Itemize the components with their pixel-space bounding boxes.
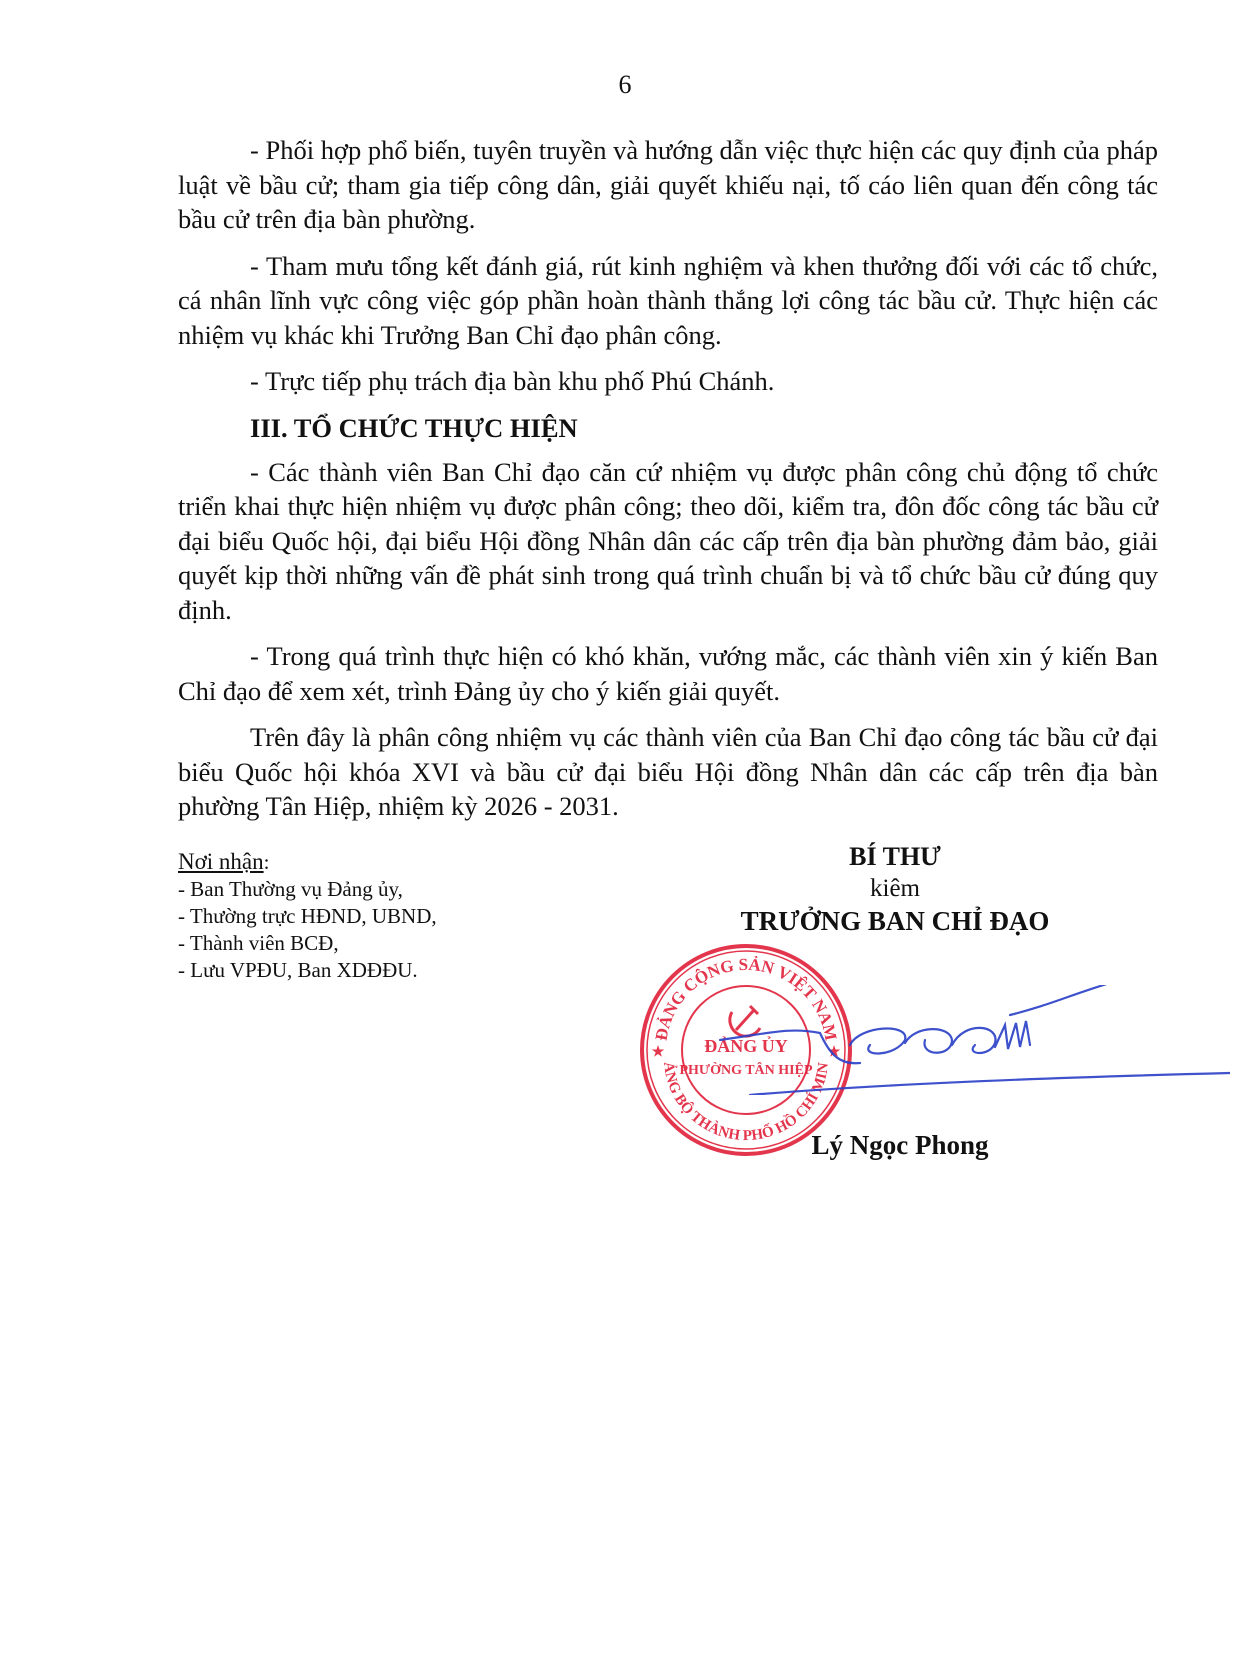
paragraph: - Phối hợp phổ biến, tuyên truyền và hướ… [178, 133, 1158, 237]
signer-title: BÍ THƯ [650, 840, 1140, 874]
document-body: - Phối hợp phổ biến, tuyên truyền và hướ… [178, 133, 1158, 836]
signer-role: kiêm [650, 874, 1140, 904]
svg-text:★: ★ [652, 1044, 665, 1060]
page-number: 6 [0, 70, 1250, 100]
recipient-item: - Thành viên BCĐ, [178, 930, 437, 957]
signer-name: Lý Ngọc Phong [700, 1130, 1100, 1161]
paragraph: - Trực tiếp phụ trách địa bàn khu phố Ph… [178, 364, 1158, 399]
paragraph: - Trong quá trình thực hiện có khó khăn,… [178, 639, 1158, 708]
paragraph: - Tham mưu tổng kết đánh giá, rút kinh n… [178, 249, 1158, 353]
recipient-item: - Ban Thường vụ Đảng ủy, [178, 876, 437, 903]
recipients-title: Nơi nhận [178, 849, 264, 874]
paragraph: Trên đây là phân công nhiệm vụ các thành… [178, 720, 1158, 824]
section-heading: III. TỔ CHỨC THỰC HIỆN [178, 411, 1158, 445]
signer-subtitle: TRƯỞNG BAN CHỈ ĐẠO [650, 904, 1140, 938]
recipient-item: - Thường trực HĐND, UBND, [178, 903, 437, 930]
recipient-item: - Lưu VPĐU, Ban XDĐĐU. [178, 957, 437, 984]
handwritten-signature-icon [690, 985, 1230, 1095]
paragraph: - Các thành viên Ban Chỉ đạo căn cứ nhiệ… [178, 455, 1158, 628]
recipients-block: Nơi nhận: - Ban Thường vụ Đảng ủy, - Thư… [178, 848, 437, 984]
signature-block: BÍ THƯ kiêm TRƯỞNG BAN CHỈ ĐẠO [650, 840, 1140, 938]
